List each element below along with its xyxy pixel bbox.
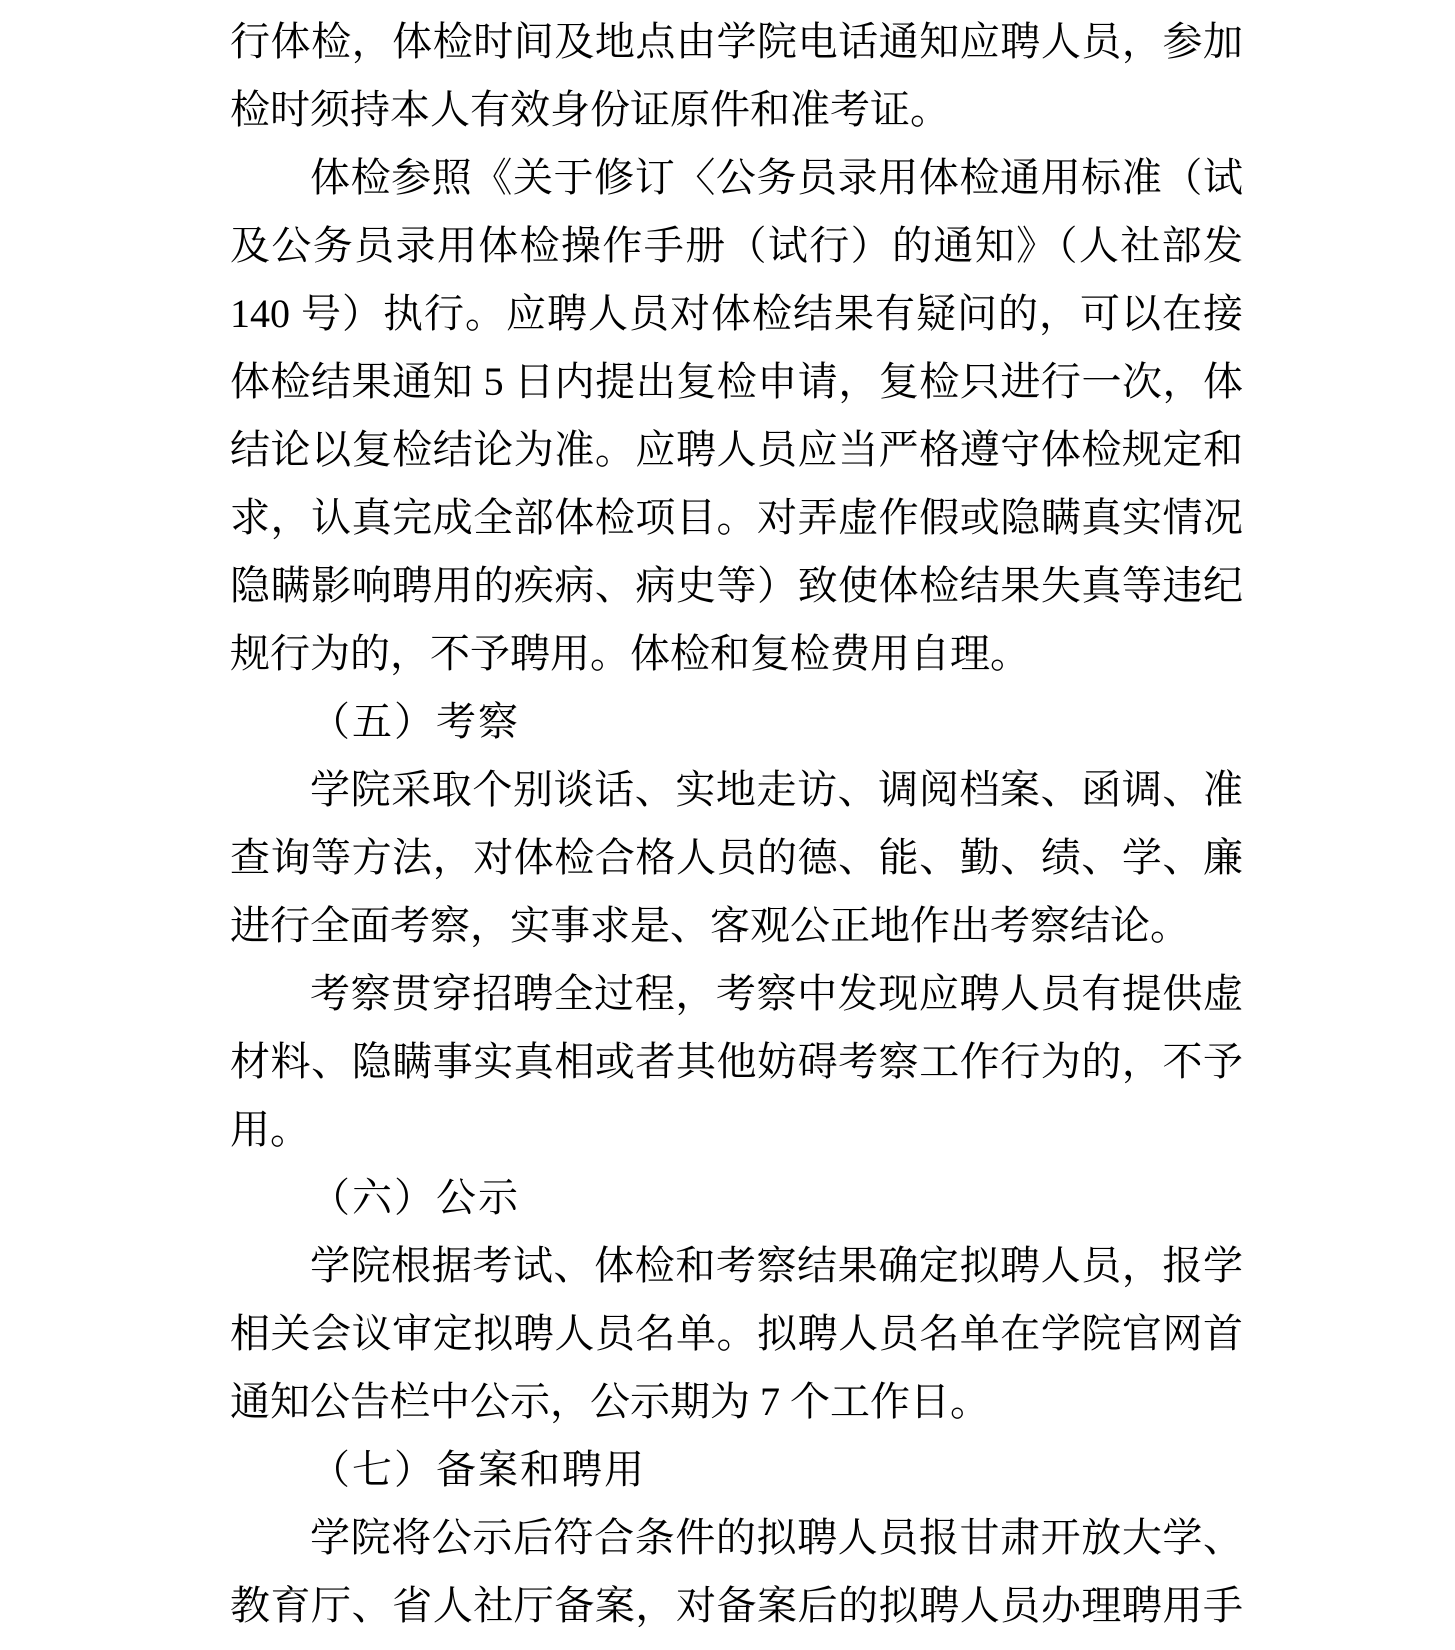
text-line: 学院将公示后符合条件的拟聘人员报甘肃开放大学、省 [230, 1504, 1243, 1572]
text-line: 学院采取个别谈话、实地走访、调阅档案、函调、准入 [230, 756, 1243, 824]
text-line: 查询等方法，对体检合格人员的德、能、勤、绩、学、廉等 [230, 824, 1243, 892]
text-line: 通知公告栏中公示，公示期为 7 个工作日。 [230, 1368, 1243, 1436]
text-line: 结论以复检结论为准。应聘人员应当严格遵守体检规定和要 [230, 416, 1243, 484]
text-line: 考察贯穿招聘全过程，考察中发现应聘人员有提供虚假 [230, 960, 1243, 1028]
text-line: 140 号）执行。应聘人员对体检结果有疑问的，可以在接到 [230, 280, 1243, 348]
text-line: 体检参照《关于修订〈公务员录用体检通用标准（试行）〉 [230, 144, 1243, 212]
text-line: 及公务员录用体检操作手册（试行）的通知》（人社部发〔2016〕 [230, 212, 1243, 280]
text-line: 用。 [230, 1096, 1243, 1164]
text-line: 教育厅、省人社厅备案，对备案后的拟聘人员办理聘用手续， [230, 1572, 1243, 1640]
text-line: 材料、隐瞒事实真相或者其他妨碍考察工作行为的，不予聘 [230, 1028, 1243, 1096]
text-line: 行体检，体检时间及地点由学院电话通知应聘人员，参加体 [230, 8, 1243, 76]
text-line: 进行全面考察，实事求是、客观公正地作出考察结论。 [230, 892, 1243, 960]
text-line: 隐瞒影响聘用的疾病、病史等）致使体检结果失真等违纪违 [230, 552, 1243, 620]
text-line: 求，认真完成全部体检项目。对弄虚作假或隐瞒真实情况（如 [230, 484, 1243, 552]
text-line: 学院根据考试、体检和考察结果确定拟聘人员，报学院 [230, 1232, 1243, 1300]
section-heading: （五）考察 [230, 688, 1243, 756]
text-line: 体检结果通知 5 日内提出复检申请，复检只进行一次，体检 [230, 348, 1243, 416]
text-line: 规行为的，不予聘用。体检和复检费用自理。 [230, 620, 1243, 688]
text-line: 检时须持本人有效身份证原件和准考证。 [230, 76, 1243, 144]
section-heading: （六）公示 [230, 1164, 1243, 1232]
document-page: 行体检，体检时间及地点由学院电话通知应聘人员，参加体检时须持本人有效身份证原件和… [0, 0, 1455, 1650]
section-heading: （七）备案和聘用 [230, 1436, 1243, 1504]
document-body: 行体检，体检时间及地点由学院电话通知应聘人员，参加体检时须持本人有效身份证原件和… [230, 8, 1243, 1640]
text-line: 相关会议审定拟聘人员名单。拟聘人员名单在学院官网首页 [230, 1300, 1243, 1368]
